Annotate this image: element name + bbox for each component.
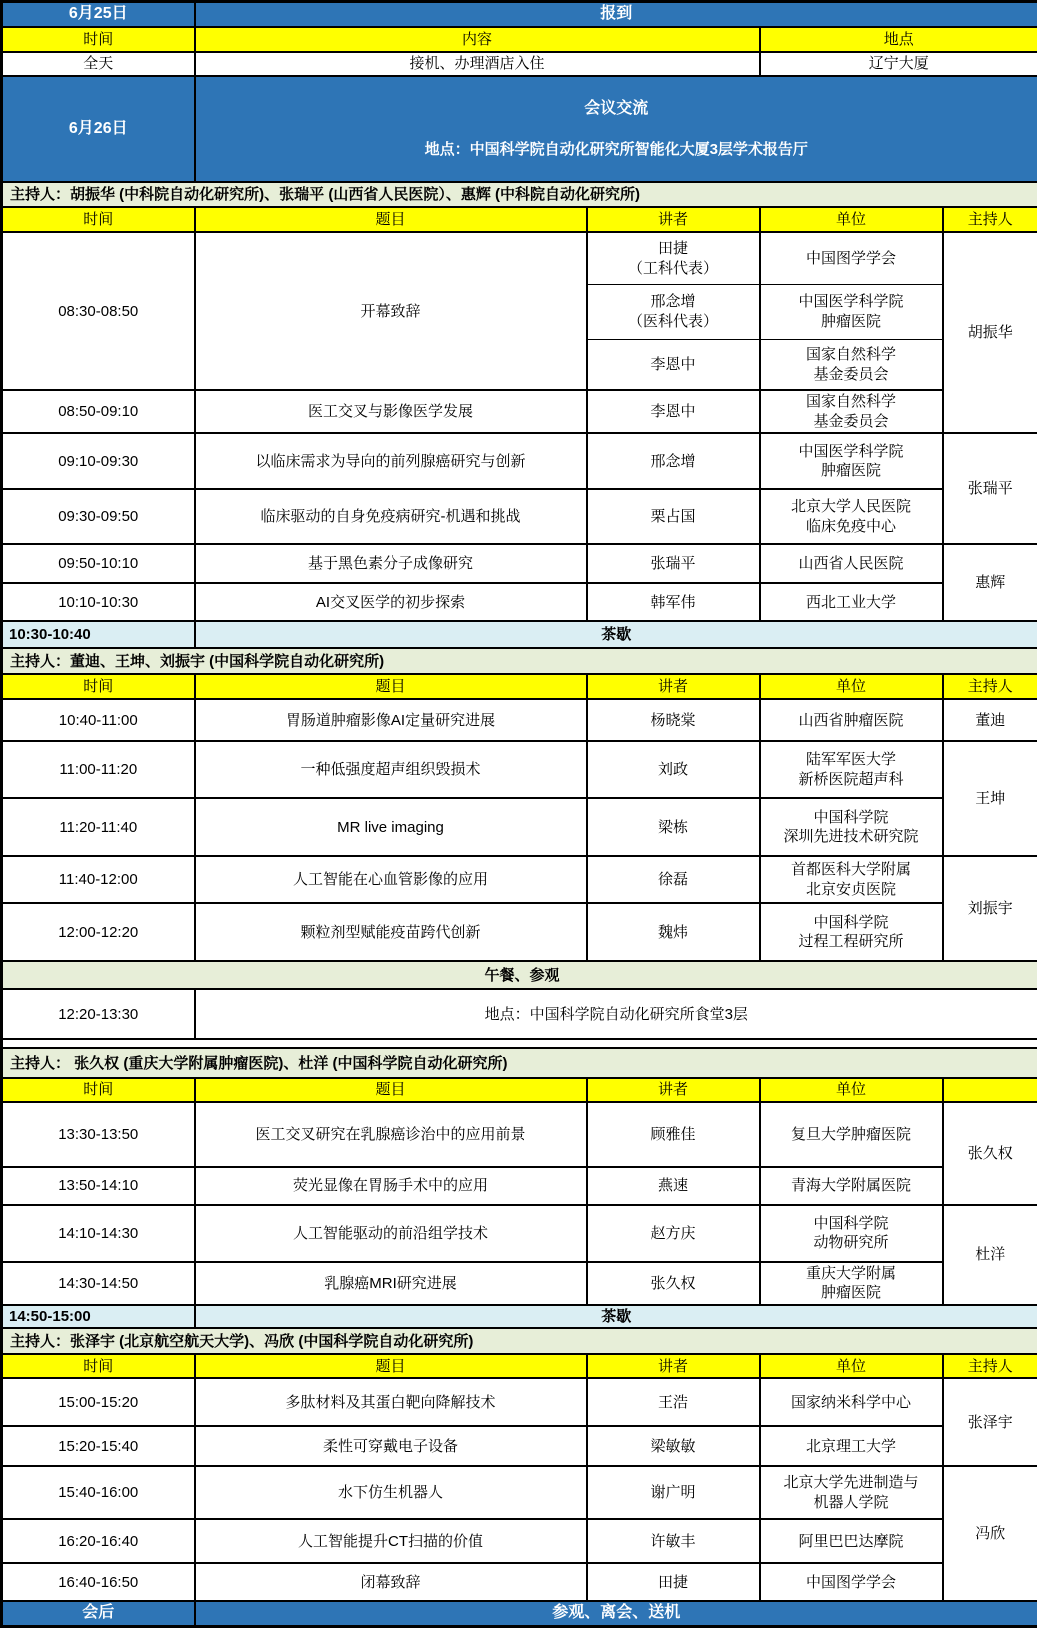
lunch-banner-row: 午餐、参观	[2, 961, 1037, 989]
chair-cell: 惠辉	[943, 544, 1037, 621]
talk-row: 10:40-11:00 胃肠道肿瘤影像AI定量研究进展 杨晓棠 山西省肿瘤医院 …	[2, 699, 1037, 741]
time-cell: 13:50-14:10	[2, 1167, 195, 1205]
session3-moderator-row: 主持人： 张久权 (重庆大学附属肿瘤医院)、杜洋 (中国科学院自动化研究所)	[2, 1048, 1037, 1078]
speaker-cell: 赵方庆	[587, 1205, 760, 1262]
affiliation-cell: 中国科学院 动物研究所	[760, 1205, 943, 1262]
topic-cell: 基于黑色素分子成像研究	[195, 544, 587, 583]
spacer-cell	[2, 1039, 1037, 1048]
col-header-time: 时间	[2, 27, 195, 52]
time-cell: 14:30-14:50	[2, 1262, 195, 1305]
topic-cell: 颗粒剂型赋能疫苗跨代创新	[195, 903, 587, 961]
tea-break-row: 10:30-10:40 茶歇	[2, 621, 1037, 648]
affiliation-cell: 国家自然科学 基金委员会	[760, 390, 943, 433]
col-header-speaker: 讲者	[587, 1078, 760, 1102]
time-cell: 全天	[2, 52, 195, 76]
col-header-topic: 题目	[195, 674, 587, 699]
lunch-detail-row: 12:20-13:30 地点：中国科学院自动化研究所食堂3层	[2, 989, 1037, 1039]
chair-cell: 张泽宇	[943, 1378, 1037, 1466]
affiliation-cell: 复旦大学肿瘤医院	[760, 1102, 943, 1167]
time-cell: 12:20-13:30	[2, 989, 195, 1039]
affiliation-cell: 北京理工大学	[760, 1426, 943, 1466]
footer-row: 会后 参观、离会、送机	[2, 1601, 1037, 1626]
topic-cell: 荧光显像在胃肠手术中的应用	[195, 1167, 587, 1205]
affiliation-cell: 国家纳米科学中心	[760, 1378, 943, 1426]
talk-row: 09:10-09:30 以临床需求为导向的前列腺癌研究与创新 邢念增 中国医学科…	[2, 433, 1037, 489]
col-header-chair: 主持人	[943, 674, 1037, 699]
affiliation-cell: 重庆大学附属 肿瘤医院	[760, 1262, 943, 1305]
session1-moderator-row: 主持人：胡振华 (中科院自动化研究所)、张瑞平 (山西省人民医院）、惠辉 (中科…	[2, 182, 1037, 207]
day2-event-cell: 会议交流 地点：中国科学院自动化研究所智能化大厦3层学术报告厅	[195, 76, 1037, 183]
col-header-chair: 主持人	[943, 207, 1037, 232]
topic-cell: AI交叉医学的初步探索	[195, 583, 587, 621]
day2-event-title: 会议交流	[199, 99, 1035, 120]
affiliation-cell: 北京大学人民医院 临床免疫中心	[760, 489, 943, 544]
topic-cell: 人工智能在心血管影像的应用	[195, 856, 587, 903]
time-cell: 14:10-14:30	[2, 1205, 195, 1262]
topic-cell: 以临床需求为导向的前列腺癌研究与创新	[195, 433, 587, 489]
speaker-cell: 燕速	[587, 1167, 760, 1205]
talk-row: 14:30-14:50 乳腺癌MRI研究进展 张久权 重庆大学附属 肿瘤医院	[2, 1262, 1037, 1305]
break-label-cell: 茶歇	[195, 621, 1037, 648]
speaker-cell: 梁栋	[587, 798, 760, 856]
time-cell: 12:00-12:20	[2, 903, 195, 961]
col-header-topic: 题目	[195, 207, 587, 232]
session4-moderator-row: 主持人：张泽宇 (北京航空航天大学)、冯欣 (中国科学院自动化研究所)	[2, 1328, 1037, 1354]
talk-row: 15:00-15:20 多肽材料及其蛋白靶向降解技术 王浩 国家纳米科学中心 张…	[2, 1378, 1037, 1426]
time-cell: 08:50-09:10	[2, 390, 195, 433]
col-header-content: 内容	[195, 27, 760, 52]
speaker-cell: 张久权	[587, 1262, 760, 1305]
session1-header-row: 时间 题目 讲者 单位 主持人	[2, 207, 1037, 232]
day1-banner-row: 6月25日 报到	[2, 2, 1037, 27]
affiliation-cell: 北京大学先进制造与 机器人学院	[760, 1466, 943, 1519]
topic-cell: 人工智能提升CT扫描的价值	[195, 1519, 587, 1563]
footer-time-cell: 会后	[2, 1601, 195, 1626]
topic-cell: 胃肠道肿瘤影像AI定量研究进展	[195, 699, 587, 741]
moderators-text: 主持人：董迪、王坤、刘振宇 (中国科学院自动化研究所)	[2, 648, 1037, 674]
affiliation-cell: 中国医学科学院 肿瘤医院	[760, 284, 943, 339]
col-header-topic: 题目	[195, 1078, 587, 1102]
talk-row: 08:30-08:50 开幕致辞 田捷 （工科代表） 中国图学学会 胡振华	[2, 232, 1037, 284]
col-header-affiliation: 单位	[760, 207, 943, 232]
affiliation-cell: 山西省肿瘤医院	[760, 699, 943, 741]
affiliation-cell: 中国医学科学院 肿瘤医院	[760, 433, 943, 489]
talk-row: 13:30-13:50 医工交叉研究在乳腺癌诊治中的应用前景 顾雅佳 复旦大学肿…	[2, 1102, 1037, 1167]
talk-row: 11:20-11:40 MR live imaging 梁栋 中国科学院 深圳先…	[2, 798, 1037, 856]
chair-cell: 胡振华	[943, 232, 1037, 433]
speaker-cell: 邢念增	[587, 433, 760, 489]
place-cell: 辽宁大厦	[760, 52, 1037, 76]
topic-cell: 医工交叉与影像医学发展	[195, 390, 587, 433]
time-cell: 10:10-10:30	[2, 583, 195, 621]
chair-cell: 董迪	[943, 699, 1037, 741]
col-header-affiliation: 单位	[760, 674, 943, 699]
affiliation-cell: 国家自然科学 基金委员会	[760, 339, 943, 390]
chair-cell: 刘振宇	[943, 856, 1037, 961]
talk-row: 13:50-14:10 荧光显像在胃肠手术中的应用 燕速 青海大学附属医院	[2, 1167, 1037, 1205]
affiliation-cell: 青海大学附属医院	[760, 1167, 943, 1205]
speaker-cell: 杨晓棠	[587, 699, 760, 741]
session2-header-row: 时间 题目 讲者 单位 主持人	[2, 674, 1037, 699]
talk-row: 11:40-12:00 人工智能在心血管影像的应用 徐磊 首都医科大学附属 北京…	[2, 856, 1037, 903]
talk-row: 16:40-16:50 闭幕致辞 田捷 中国图学学会	[2, 1563, 1037, 1601]
topic-cell: 医工交叉研究在乳腺癌诊治中的应用前景	[195, 1102, 587, 1167]
session3-header-row: 时间 题目 讲者 单位	[2, 1078, 1037, 1102]
day1-header-row: 时间 内容 地点	[2, 27, 1037, 52]
speaker-cell: 田捷 （工科代表）	[587, 232, 760, 284]
col-header-chair: 主持人	[943, 1354, 1037, 1378]
chair-cell: 王坤	[943, 741, 1037, 856]
moderators-text: 主持人：胡振华 (中科院自动化研究所)、张瑞平 (山西省人民医院）、惠辉 (中科…	[2, 182, 1037, 207]
time-cell: 13:30-13:50	[2, 1102, 195, 1167]
col-header-time: 时间	[2, 1354, 195, 1378]
speaker-cell: 张瑞平	[587, 544, 760, 583]
day2-banner-row: 6月26日 会议交流 地点：中国科学院自动化研究所智能化大厦3层学术报告厅	[2, 76, 1037, 183]
session4-header-row: 时间 题目 讲者 单位 主持人	[2, 1354, 1037, 1378]
speaker-cell: 刘政	[587, 741, 760, 798]
time-cell: 11:40-12:00	[2, 856, 195, 903]
col-header-topic: 题目	[195, 1354, 587, 1378]
speaker-cell: 谢广明	[587, 1466, 760, 1519]
spacer-row	[2, 1039, 1037, 1048]
time-cell: 10:40-11:00	[2, 699, 195, 741]
chair-cell: 杜洋	[943, 1205, 1037, 1305]
speaker-cell: 顾雅佳	[587, 1102, 760, 1167]
affiliation-cell: 陆军军医大学 新桥医院超声科	[760, 741, 943, 798]
speaker-cell: 王浩	[587, 1378, 760, 1426]
affiliation-cell: 西北工业大学	[760, 583, 943, 621]
footer-label-cell: 参观、离会、送机	[195, 1601, 1037, 1626]
time-cell: 15:40-16:00	[2, 1466, 195, 1519]
talk-row: 16:20-16:40 人工智能提升CT扫描的价值 许敏丰 阿里巴巴达摩院	[2, 1519, 1037, 1563]
chair-cell: 张瑞平	[943, 433, 1037, 544]
col-header-chair-empty	[943, 1078, 1037, 1102]
topic-cell: 一种低强度超声组织毁损术	[195, 741, 587, 798]
col-header-affiliation: 单位	[760, 1078, 943, 1102]
time-cell: 11:20-11:40	[2, 798, 195, 856]
talk-row: 14:10-14:30 人工智能驱动的前沿组学技术 赵方庆 中国科学院 动物研究…	[2, 1205, 1037, 1262]
topic-cell: 多肽材料及其蛋白靶向降解技术	[195, 1378, 587, 1426]
break-time-cell: 10:30-10:40	[2, 621, 195, 648]
day2-venue: 地点：中国科学院自动化研究所智能化大厦3层学术报告厅	[199, 140, 1035, 160]
chair-cell: 冯欣	[943, 1466, 1037, 1601]
topic-cell: 柔性可穿戴电子设备	[195, 1426, 587, 1466]
talk-row: 10:10-10:30 AI交叉医学的初步探索 韩军伟 西北工业大学	[2, 583, 1037, 621]
time-cell: 11:00-11:20	[2, 741, 195, 798]
moderators-text: 主持人： 张久权 (重庆大学附属肿瘤医院)、杜洋 (中国科学院自动化研究所)	[2, 1048, 1037, 1078]
break-label-cell: 茶歇	[195, 1305, 1037, 1329]
col-header-place: 地点	[760, 27, 1037, 52]
speaker-cell: 魏炜	[587, 903, 760, 961]
time-cell: 15:00-15:20	[2, 1378, 195, 1426]
time-cell: 16:40-16:50	[2, 1563, 195, 1601]
break-time-cell: 14:50-15:00	[2, 1305, 195, 1329]
day1-data-row: 全天 接机、办理酒店入住 辽宁大厦	[2, 52, 1037, 76]
topic-cell: 闭幕致辞	[195, 1563, 587, 1601]
topic-cell: 乳腺癌MRI研究进展	[195, 1262, 587, 1305]
session2-moderator-row: 主持人：董迪、王坤、刘振宇 (中国科学院自动化研究所)	[2, 648, 1037, 674]
time-cell: 16:20-16:40	[2, 1519, 195, 1563]
col-header-affiliation: 单位	[760, 1354, 943, 1378]
col-header-speaker: 讲者	[587, 1354, 760, 1378]
col-header-time: 时间	[2, 1078, 195, 1102]
schedule-table: 6月25日 报到 时间 内容 地点 全天 接机、办理酒店入住 辽宁大厦 6月26…	[0, 0, 1037, 1628]
affiliation-cell: 中国图学学会	[760, 1563, 943, 1601]
affiliation-cell: 阿里巴巴达摩院	[760, 1519, 943, 1563]
talk-row: 11:00-11:20 一种低强度超声组织毁损术 刘政 陆军军医大学 新桥医院超…	[2, 741, 1037, 798]
talk-row: 09:30-09:50 临床驱动的自身免疫病研究-机遇和挑战 栗占国 北京大学人…	[2, 489, 1037, 544]
moderators-text: 主持人：张泽宇 (北京航空航天大学)、冯欣 (中国科学院自动化研究所)	[2, 1328, 1037, 1354]
affiliation-cell: 中国图学学会	[760, 232, 943, 284]
lunch-label: 午餐、参观	[2, 961, 1037, 989]
affiliation-cell: 中国科学院 深圳先进技术研究院	[760, 798, 943, 856]
topic-cell: 人工智能驱动的前沿组学技术	[195, 1205, 587, 1262]
affiliation-cell: 山西省人民医院	[760, 544, 943, 583]
col-header-time: 时间	[2, 674, 195, 699]
time-cell: 09:10-09:30	[2, 433, 195, 489]
col-header-speaker: 讲者	[587, 207, 760, 232]
time-cell: 15:20-15:40	[2, 1426, 195, 1466]
speaker-cell: 韩军伟	[587, 583, 760, 621]
topic-cell: 开幕致辞	[195, 232, 587, 390]
talk-row: 09:50-10:10 基于黑色素分子成像研究 张瑞平 山西省人民医院 惠辉	[2, 544, 1037, 583]
speaker-cell: 许敏丰	[587, 1519, 760, 1563]
speaker-cell: 李恩中	[587, 390, 760, 433]
affiliation-cell: 中国科学院 过程工程研究所	[760, 903, 943, 961]
col-header-speaker: 讲者	[587, 674, 760, 699]
day1-event-cell: 报到	[195, 2, 1037, 27]
topic-cell: MR live imaging	[195, 798, 587, 856]
col-header-time: 时间	[2, 207, 195, 232]
day1-date-cell: 6月25日	[2, 2, 195, 27]
topic-cell: 临床驱动的自身免疫病研究-机遇和挑战	[195, 489, 587, 544]
speaker-cell: 田捷	[587, 1563, 760, 1601]
talk-row: 15:40-16:00 水下仿生机器人 谢广明 北京大学先进制造与 机器人学院 …	[2, 1466, 1037, 1519]
lunch-place-cell: 地点：中国科学院自动化研究所食堂3层	[195, 989, 1037, 1039]
content-cell: 接机、办理酒店入住	[195, 52, 760, 76]
speaker-cell: 邢念增 （医科代表）	[587, 284, 760, 339]
affiliation-cell: 首都医科大学附属 北京安贞医院	[760, 856, 943, 903]
speaker-cell: 徐磊	[587, 856, 760, 903]
speaker-cell: 梁敏敏	[587, 1426, 760, 1466]
talk-row: 12:00-12:20 颗粒剂型赋能疫苗跨代创新 魏炜 中国科学院 过程工程研究…	[2, 903, 1037, 961]
speaker-cell: 栗占国	[587, 489, 760, 544]
talk-row: 15:20-15:40 柔性可穿戴电子设备 梁敏敏 北京理工大学	[2, 1426, 1037, 1466]
time-cell: 09:30-09:50	[2, 489, 195, 544]
talk-row: 08:50-09:10 医工交叉与影像医学发展 李恩中 国家自然科学 基金委员会	[2, 390, 1037, 433]
topic-cell: 水下仿生机器人	[195, 1466, 587, 1519]
speaker-cell: 李恩中	[587, 339, 760, 390]
time-cell: 09:50-10:10	[2, 544, 195, 583]
time-cell: 08:30-08:50	[2, 232, 195, 390]
chair-cell: 张久权	[943, 1102, 1037, 1205]
tea-break-row: 14:50-15:00 茶歇	[2, 1305, 1037, 1329]
day2-date-cell: 6月26日	[2, 76, 195, 183]
